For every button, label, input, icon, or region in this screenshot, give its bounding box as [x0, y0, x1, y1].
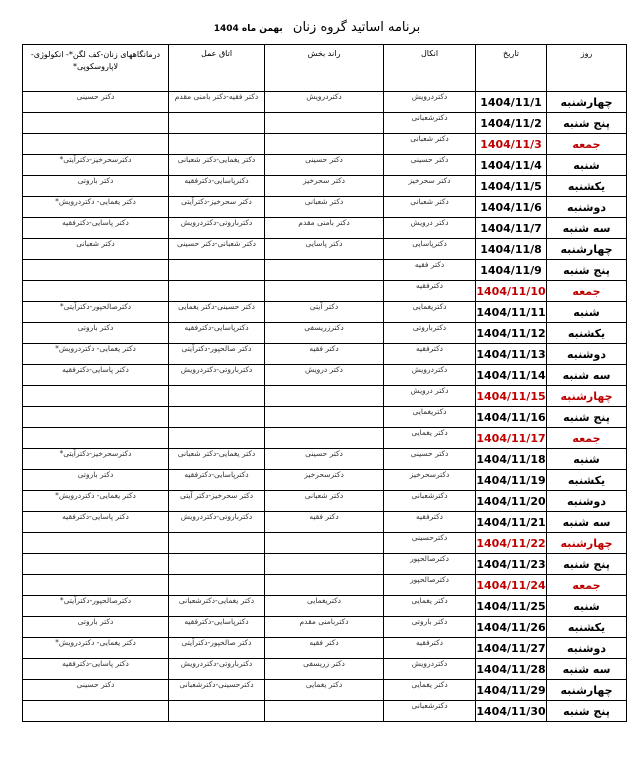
ward-round-cell: دکتر حسینی [265, 155, 384, 176]
table-row: دوشنبه1404/11/20دکترشعبانیدکتر شعبانیدکت… [23, 491, 627, 512]
table-row: جمعه1404/11/3دکتر شعبانی [23, 134, 627, 155]
oncology-cell: دکتر سحرخیز [384, 176, 476, 197]
clinic-cell [23, 113, 169, 134]
header-clinic: درمانگاههای زنان-کف لگن*- انکولوژی-لاپار… [23, 45, 169, 92]
date-cell: 1404/11/9 [476, 260, 547, 281]
operating-room-cell [169, 281, 265, 302]
day-cell: دوشنبه [547, 491, 627, 512]
clinic-cell [23, 701, 169, 722]
day-cell: پنج شنبه [547, 407, 627, 428]
ward-round-cell: دکتر شعبانی [265, 491, 384, 512]
clinic-cell: دکتر یغمایی- دکتردرویش* [23, 638, 169, 659]
table-row: پنج شنبه1404/11/16دکتریغمایی [23, 407, 627, 428]
oncology-cell: دکترفقیه [384, 638, 476, 659]
date-cell: 1404/11/27 [476, 638, 547, 659]
table-row: سه شنبه1404/11/21دکترفقیهدکتر فقیهدکتربا… [23, 512, 627, 533]
day-cell: پنج شنبه [547, 113, 627, 134]
operating-room-cell [169, 554, 265, 575]
oncology-cell: دکتر شعبانی [384, 134, 476, 155]
clinic-cell: دکتر یغمایی- دکتردرویش* [23, 491, 169, 512]
oncology-cell: دکتر باروتی [384, 617, 476, 638]
day-cell: چهارشنبه [547, 680, 627, 701]
oncology-cell: دکترشعبانی [384, 491, 476, 512]
table-row: پنج شنبه1404/11/30دکترشعبانی [23, 701, 627, 722]
operating-room-cell: دکترباروتی-دکتردرویش [169, 218, 265, 239]
ward-round-cell: دکتر آیتی [265, 302, 384, 323]
operating-room-cell: دکترپاسایی-دکترفقیه [169, 176, 265, 197]
date-cell: 1404/11/12 [476, 323, 547, 344]
header-operating-room: اتاق عمل [169, 45, 265, 92]
page-title: برنامه اساتید گروه زنان بهمن ماه 1404 [0, 20, 634, 35]
clinic-cell: دکترسحرخیز-دکترآیتی* [23, 155, 169, 176]
oncology-cell: دکتردرویش [384, 659, 476, 680]
ward-round-cell: دکتر زریسفی [265, 659, 384, 680]
table-row: شنبه1404/11/11دکتریغماییدکتر آیتیدکتر حس… [23, 302, 627, 323]
oncology-cell: دکتردرویش [384, 365, 476, 386]
clinic-cell: دکتر حسینی [23, 92, 169, 113]
clinic-cell [23, 554, 169, 575]
table-row: جمعه1404/11/10دکترفقیه [23, 281, 627, 302]
day-cell: جمعه [547, 575, 627, 596]
day-cell: سه شنبه [547, 512, 627, 533]
oncology-cell: دکتر شعبانی [384, 197, 476, 218]
ward-round-cell [265, 575, 384, 596]
operating-room-cell: دکترباروتی-دکتردرویش [169, 512, 265, 533]
date-cell: 1404/11/8 [476, 239, 547, 260]
date-cell: 1404/11/2 [476, 113, 547, 134]
operating-room-cell [169, 260, 265, 281]
date-cell: 1404/11/13 [476, 344, 547, 365]
date-cell: 1404/11/6 [476, 197, 547, 218]
operating-room-cell: دکترپاسایی-دکترفقیه [169, 323, 265, 344]
oncology-cell: دکترصالحپور [384, 575, 476, 596]
schedule-table: روز تاریخ انکال راند بخش اتاق عمل درمانگ… [22, 44, 627, 722]
date-cell: 1404/11/22 [476, 533, 547, 554]
table-row: یکشنبه1404/11/26دکتر باروتیدکتربامنی مقد… [23, 617, 627, 638]
day-cell: چهارشنبه [547, 239, 627, 260]
ward-round-cell [265, 428, 384, 449]
operating-room-cell: دکتر صالحپور-دکترآیتی [169, 638, 265, 659]
ward-round-cell: دکتردرویش [265, 92, 384, 113]
date-cell: 1404/11/5 [476, 176, 547, 197]
date-cell: 1404/11/19 [476, 470, 547, 491]
clinic-cell: دکتر پاسایی-دکترفقیه [23, 659, 169, 680]
clinic-cell [23, 428, 169, 449]
day-cell: یکشنبه [547, 470, 627, 491]
day-cell: چهارشنبه [547, 92, 627, 113]
day-cell: دوشنبه [547, 197, 627, 218]
day-cell: جمعه [547, 281, 627, 302]
ward-round-cell: دکتر فقیه [265, 638, 384, 659]
operating-room-cell: دکتر یغمایی-دکتر شعبانی [169, 155, 265, 176]
table-row: دوشنبه1404/11/13دکترفقیهدکتر فقیهدکتر صا… [23, 344, 627, 365]
table-row: پنج شنبه1404/11/9دکتر فقیه [23, 260, 627, 281]
date-cell: 1404/11/16 [476, 407, 547, 428]
date-cell: 1404/11/20 [476, 491, 547, 512]
table-row: چهارشنبه1404/11/15دکتر درویش [23, 386, 627, 407]
clinic-cell [23, 407, 169, 428]
oncology-cell: دکتر حسینی [384, 155, 476, 176]
ward-round-cell: دکترزریسفی [265, 323, 384, 344]
oncology-cell: دکتر فقیه [384, 260, 476, 281]
operating-room-cell: دکتر سحرخیز-دکترآیتی [169, 197, 265, 218]
clinic-cell: دکترسحرخیز-دکترآیتی* [23, 449, 169, 470]
clinic-cell: دکتر پاسایی-دکترفقیه [23, 365, 169, 386]
clinic-cell: دکتر باروتی [23, 470, 169, 491]
day-cell: پنج شنبه [547, 260, 627, 281]
table-row: شنبه1404/11/18دکتر حسینیدکتر حسینیدکتر ی… [23, 449, 627, 470]
ward-round-cell [265, 407, 384, 428]
operating-room-cell [169, 407, 265, 428]
operating-room-cell: دکتر شعبانی-دکتر حسینی [169, 239, 265, 260]
operating-room-cell: دکترپاسایی-دکترفقیه [169, 617, 265, 638]
day-cell: دوشنبه [547, 638, 627, 659]
operating-room-cell: دکتر صالحپور-دکترآیتی [169, 344, 265, 365]
date-cell: 1404/11/29 [476, 680, 547, 701]
ward-round-cell: دکتر فقیه [265, 512, 384, 533]
clinic-cell [23, 386, 169, 407]
ward-round-cell [265, 386, 384, 407]
table-row: دوشنبه1404/11/27دکترفقیهدکتر فقیهدکتر صا… [23, 638, 627, 659]
date-cell: 1404/11/28 [476, 659, 547, 680]
ward-round-cell: دکتر حسینی [265, 449, 384, 470]
oncology-cell: دکترفقیه [384, 281, 476, 302]
clinic-cell: دکترصالحپور-دکترآیتی* [23, 302, 169, 323]
operating-room-cell [169, 428, 265, 449]
ward-round-cell: دکتریغمایی [265, 596, 384, 617]
day-cell: پنج شنبه [547, 554, 627, 575]
clinic-cell [23, 134, 169, 155]
oncology-cell: دکتر درویش [384, 386, 476, 407]
date-cell: 1404/11/15 [476, 386, 547, 407]
ward-round-cell: دکتر شعبانی [265, 197, 384, 218]
oncology-cell: دکتریغمایی [384, 407, 476, 428]
ward-round-cell: دکتر سحرخیز [265, 176, 384, 197]
table-row: دوشنبه1404/11/6دکتر شعبانیدکتر شعبانیدکت… [23, 197, 627, 218]
date-cell: 1404/11/30 [476, 701, 547, 722]
day-cell: شنبه [547, 449, 627, 470]
clinic-cell [23, 533, 169, 554]
ward-round-cell: دکتربامنی مقدم [265, 617, 384, 638]
operating-room-cell: دکتر حسینی-دکتر یغمایی [169, 302, 265, 323]
table-row: شنبه1404/11/25دکتر یغماییدکتریغماییدکتر … [23, 596, 627, 617]
ward-round-cell [265, 113, 384, 134]
day-cell: چهارشنبه [547, 386, 627, 407]
day-cell: یکشنبه [547, 617, 627, 638]
day-cell: سه شنبه [547, 365, 627, 386]
date-cell: 1404/11/18 [476, 449, 547, 470]
table-row: جمعه1404/11/17دکتر یغمایی [23, 428, 627, 449]
operating-room-cell: دکترپاسایی-دکترفقیه [169, 470, 265, 491]
day-cell: سه شنبه [547, 218, 627, 239]
title-month: بهمن ماه 1404 [214, 24, 283, 34]
clinic-cell: دکتر پاسایی-دکترفقیه [23, 512, 169, 533]
date-cell: 1404/11/17 [476, 428, 547, 449]
ward-round-cell: دکتر درویش [265, 365, 384, 386]
table-row: سه شنبه1404/11/14دکتردرویشدکتر درویشدکتر… [23, 365, 627, 386]
operating-room-cell: دکتر یغمایی-دکترشعبانی [169, 596, 265, 617]
ward-round-cell: دکتر پاسایی [265, 239, 384, 260]
date-cell: 1404/11/3 [476, 134, 547, 155]
header-day: روز [547, 45, 627, 92]
title-main: برنامه اساتید گروه زنان [293, 20, 420, 35]
operating-room-cell [169, 134, 265, 155]
date-cell: 1404/11/25 [476, 596, 547, 617]
operating-room-cell [169, 575, 265, 596]
date-cell: 1404/11/26 [476, 617, 547, 638]
ward-round-cell [265, 260, 384, 281]
clinic-cell: دکترصالحپور-دکترآیتی* [23, 596, 169, 617]
day-cell: سه شنبه [547, 659, 627, 680]
clinic-cell: دکتر یغمایی- دکتردرویش* [23, 344, 169, 365]
operating-room-cell [169, 701, 265, 722]
oncology-cell: دکتر یغمایی [384, 428, 476, 449]
ward-round-cell: دکتر یغمایی [265, 680, 384, 701]
table-row: چهارشنبه1404/11/8دکترپاساییدکتر پاساییدک… [23, 239, 627, 260]
ward-round-cell [265, 533, 384, 554]
oncology-cell: دکتریغمایی [384, 302, 476, 323]
operating-room-cell: دکتر فقیه-دکتر بامنی مقدم [169, 92, 265, 113]
oncology-cell: دکترصالحپور [384, 554, 476, 575]
operating-room-cell: دکتر یغمایی-دکتر شعبانی [169, 449, 265, 470]
oncology-cell: دکتر یغمایی [384, 596, 476, 617]
oncology-cell: دکترشعبانی [384, 113, 476, 134]
table-row: سه شنبه1404/11/28دکتردرویشدکتر زریسفیدکت… [23, 659, 627, 680]
table-row: شنبه1404/11/4دکتر حسینیدکتر حسینیدکتر یغ… [23, 155, 627, 176]
table-row: پنج شنبه1404/11/23دکترصالحپور [23, 554, 627, 575]
table-row: چهارشنبه1404/11/22دکترحسینی [23, 533, 627, 554]
table-row: سه شنبه1404/11/7دکتر درویشدکتر بامنی مقد… [23, 218, 627, 239]
date-cell: 1404/11/1 [476, 92, 547, 113]
clinic-cell: دکتر باروتی [23, 617, 169, 638]
table-row: چهارشنبه1404/11/29دکتر یغماییدکتر یغمایی… [23, 680, 627, 701]
operating-room-cell: دکتر سحرخیز-دکتر آیتی [169, 491, 265, 512]
oncology-cell: دکترشعبانی [384, 701, 476, 722]
ward-round-cell: دکتر فقیه [265, 344, 384, 365]
day-cell: شنبه [547, 302, 627, 323]
table-row: چهارشنبه1404/11/1دکتردرویشدکتردرویشدکتر … [23, 92, 627, 113]
day-cell: جمعه [547, 428, 627, 449]
day-cell: شنبه [547, 155, 627, 176]
header-date: تاریخ [476, 45, 547, 92]
ward-round-cell [265, 134, 384, 155]
date-cell: 1404/11/24 [476, 575, 547, 596]
day-cell: دوشنبه [547, 344, 627, 365]
oncology-cell: دکترحسینی [384, 533, 476, 554]
oncology-cell: دکتر حسینی [384, 449, 476, 470]
clinic-cell: دکتر شعبانی [23, 239, 169, 260]
header-oncology: انکال [384, 45, 476, 92]
clinic-cell: دکتر باروتی [23, 176, 169, 197]
date-cell: 1404/11/14 [476, 365, 547, 386]
oncology-cell: دکتر درویش [384, 218, 476, 239]
operating-room-cell: دکترحسینی-دکترشعبانی [169, 680, 265, 701]
ward-round-cell: دکترسحرخیز [265, 470, 384, 491]
table-row: پنج شنبه1404/11/2دکترشعبانی [23, 113, 627, 134]
date-cell: 1404/11/11 [476, 302, 547, 323]
table-row: یکشنبه1404/11/12دکترباروتیدکترزریسفیدکتر… [23, 323, 627, 344]
date-cell: 1404/11/21 [476, 512, 547, 533]
oncology-cell: دکترباروتی [384, 323, 476, 344]
clinic-cell [23, 260, 169, 281]
oncology-cell: دکترپاسایی [384, 239, 476, 260]
day-cell: یکشنبه [547, 176, 627, 197]
operating-room-cell [169, 386, 265, 407]
date-cell: 1404/11/4 [476, 155, 547, 176]
operating-room-cell: دکترباروتی-دکتردرویش [169, 659, 265, 680]
oncology-cell: دکترفقیه [384, 344, 476, 365]
clinic-cell: دکتر باروتی [23, 323, 169, 344]
day-cell: چهارشنبه [547, 533, 627, 554]
clinic-cell [23, 575, 169, 596]
oncology-cell: دکترفقیه [384, 512, 476, 533]
clinic-cell [23, 281, 169, 302]
clinic-cell: دکتر پاسایی-دکترفقیه [23, 218, 169, 239]
operating-room-cell: دکترباروتی-دکتردرویش [169, 365, 265, 386]
header-ward-round: راند بخش [265, 45, 384, 92]
day-cell: پنج شنبه [547, 701, 627, 722]
clinic-cell: دکتر حسینی [23, 680, 169, 701]
day-cell: شنبه [547, 596, 627, 617]
date-cell: 1404/11/23 [476, 554, 547, 575]
ward-round-cell [265, 701, 384, 722]
header-row: روز تاریخ انکال راند بخش اتاق عمل درمانگ… [23, 45, 627, 92]
date-cell: 1404/11/10 [476, 281, 547, 302]
ward-round-cell [265, 554, 384, 575]
table-row: جمعه1404/11/24دکترصالحپور [23, 575, 627, 596]
clinic-cell: دکتر یغمایی- دکتردرویش* [23, 197, 169, 218]
day-cell: یکشنبه [547, 323, 627, 344]
date-cell: 1404/11/7 [476, 218, 547, 239]
oncology-cell: دکتر یغمایی [384, 680, 476, 701]
ward-round-cell: دکتر بامنی مقدم [265, 218, 384, 239]
oncology-cell: دکترسحرخیز [384, 470, 476, 491]
operating-room-cell [169, 533, 265, 554]
day-cell: جمعه [547, 134, 627, 155]
table-row: یکشنبه1404/11/19دکترسحرخیزدکترسحرخیزدکتر… [23, 470, 627, 491]
operating-room-cell [169, 113, 265, 134]
table-row: یکشنبه1404/11/5دکتر سحرخیزدکتر سحرخیزدکت… [23, 176, 627, 197]
oncology-cell: دکتردرویش [384, 92, 476, 113]
ward-round-cell [265, 281, 384, 302]
